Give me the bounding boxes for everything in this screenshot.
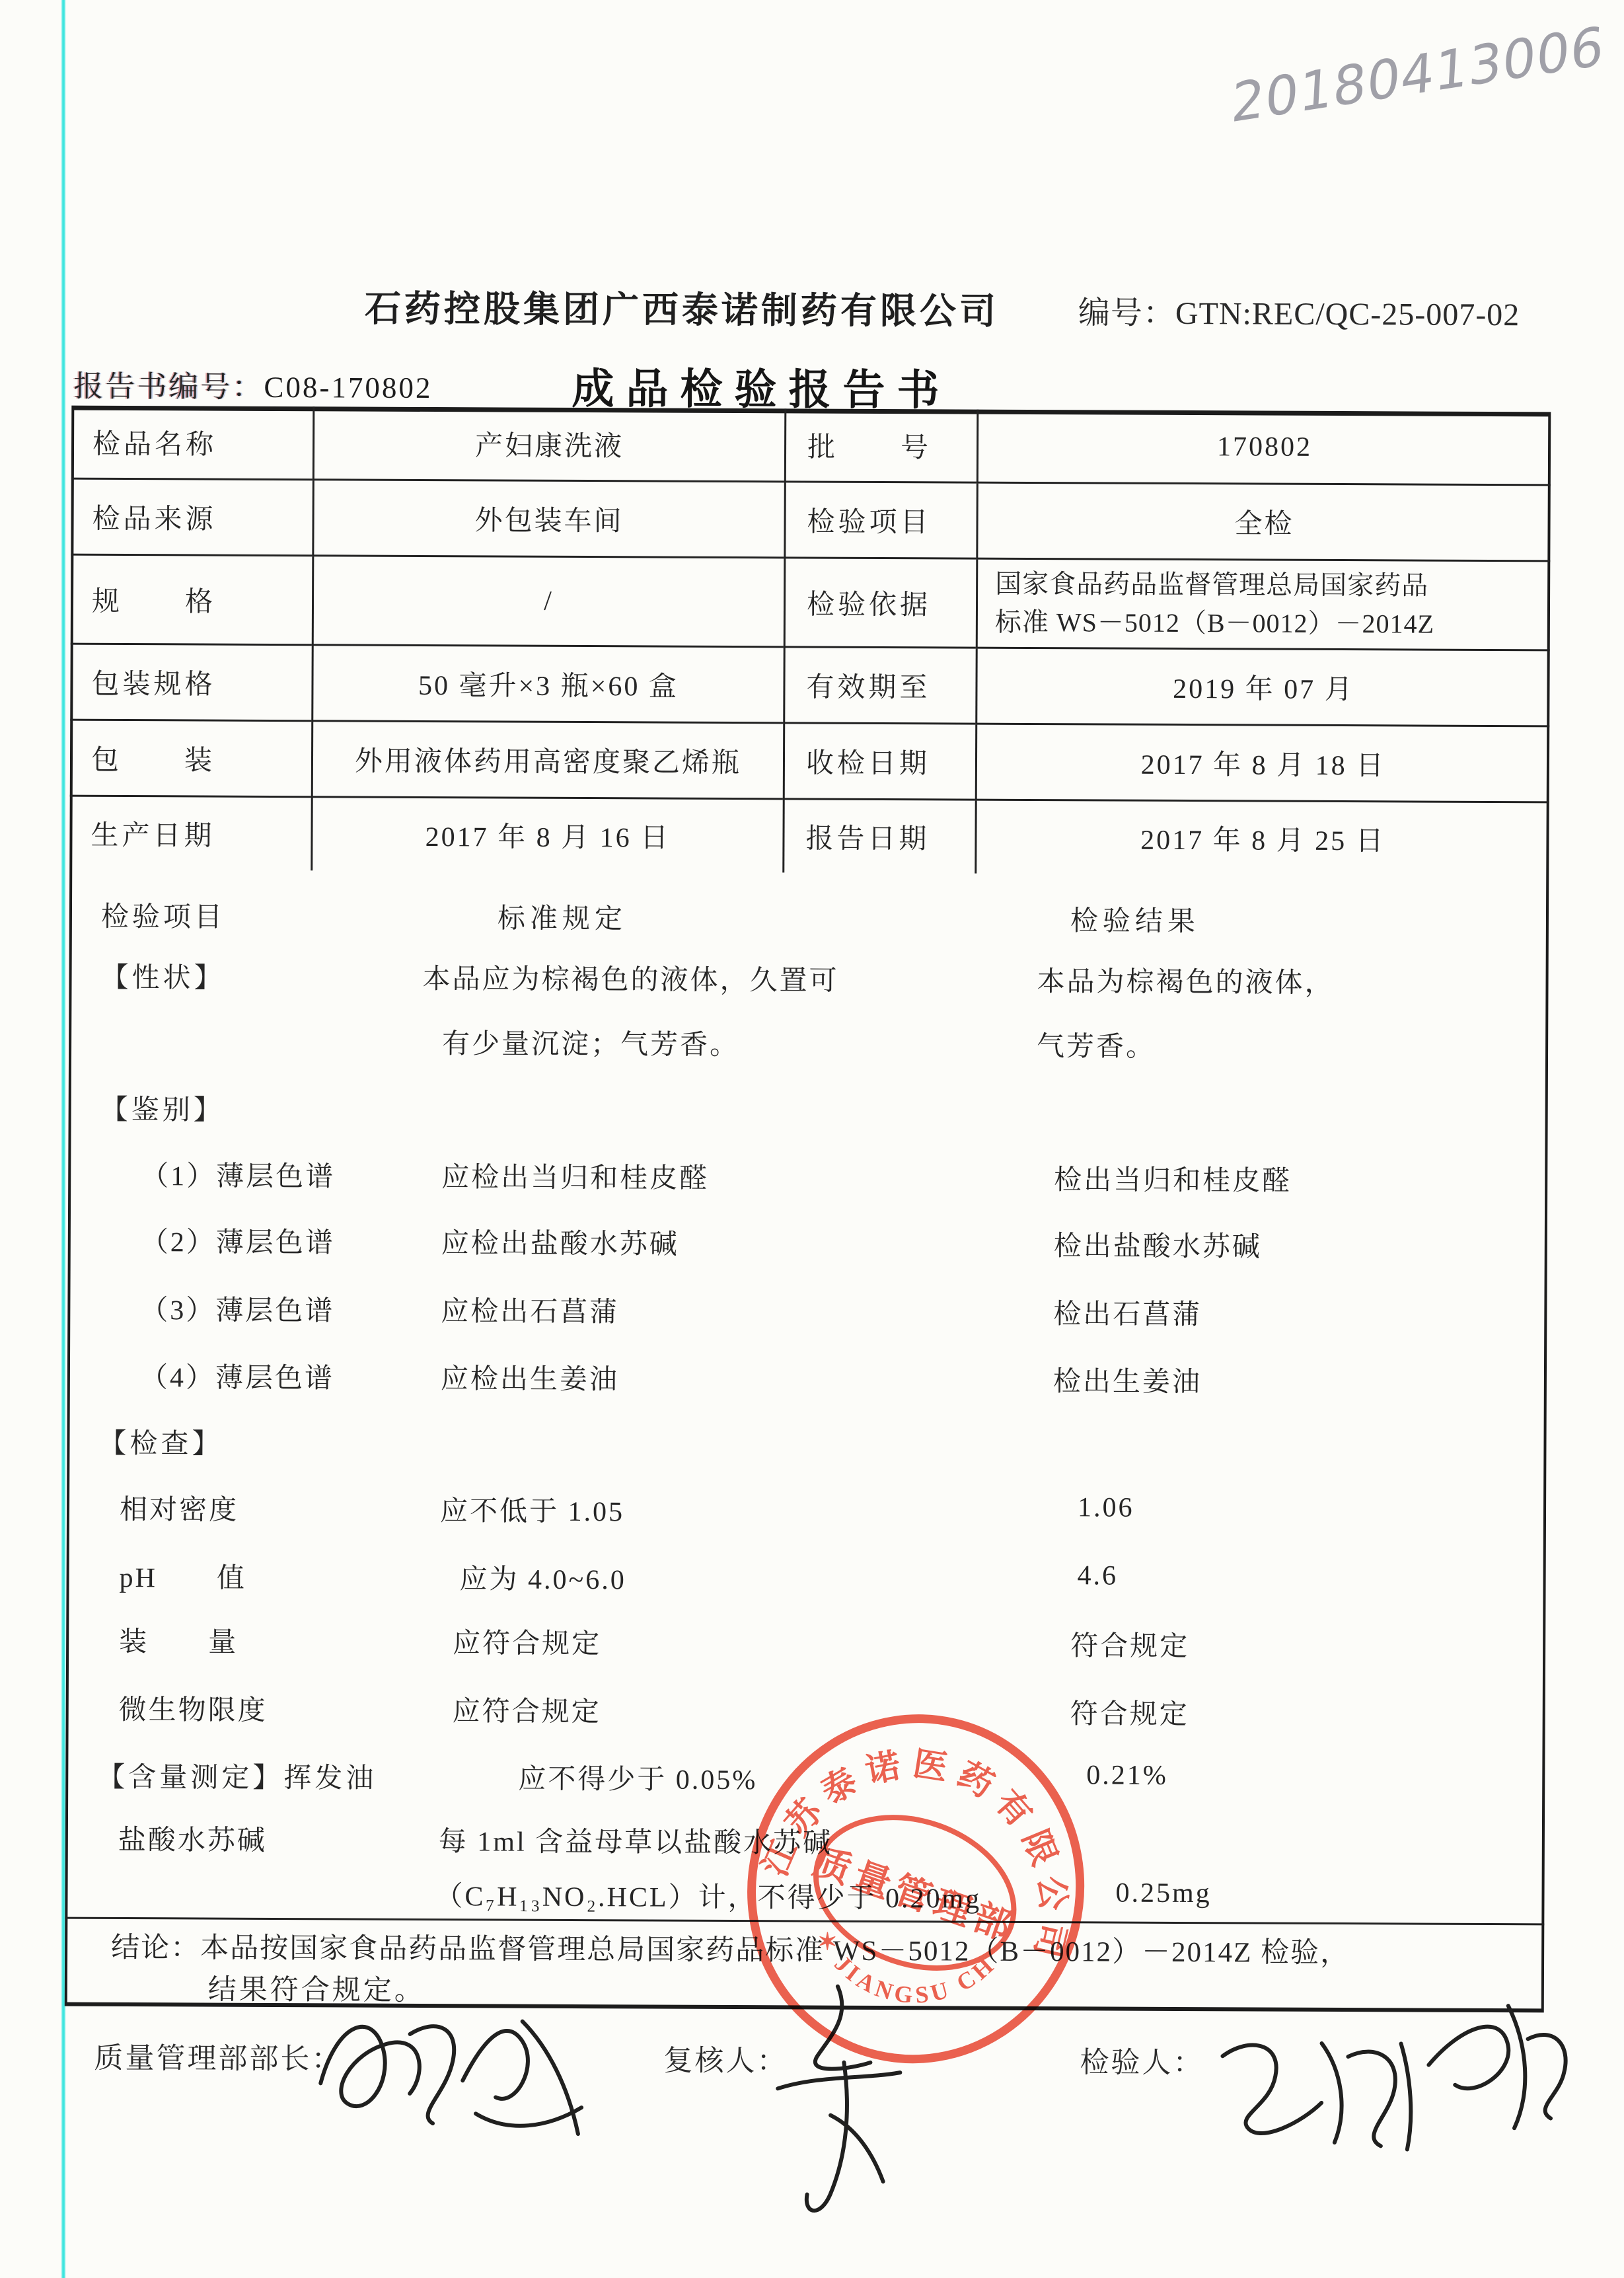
inspector-signature-2 bbox=[1409, 1985, 1584, 2148]
result-item: 微生物限度 bbox=[119, 1688, 268, 1728]
result-spec: 应检出石菖蒲 bbox=[441, 1289, 619, 1330]
result-item: pH 值 bbox=[119, 1556, 246, 1596]
result-row: （2）薄层色谱 应检出盐酸水苏碱 检出盐酸水苏碱 bbox=[68, 1220, 1547, 1268]
qa-director-label: 质量管理部部长： bbox=[94, 2034, 342, 2078]
info-value: 170802 bbox=[977, 410, 1551, 486]
result-value: 符合规定 bbox=[1070, 1692, 1189, 1732]
result-row: （1）薄层色谱 应检出当归和桂皮醛 检出当归和桂皮醛 bbox=[68, 1154, 1547, 1201]
result-value: 0.25mg bbox=[1115, 1878, 1211, 1910]
result-spec: 应不得少于 0.05% bbox=[518, 1757, 757, 1798]
result-value: 气芳香。 bbox=[1037, 1024, 1156, 1065]
result-row: 【性状】 本品应为棕褐色的液体，久置可 本品为棕褐色的液体， bbox=[69, 956, 1548, 1003]
info-label: 报告日期 bbox=[782, 800, 975, 873]
info-value: 产妇康洗液 bbox=[313, 406, 784, 482]
info-value: 2017 年 8 月 25 日 bbox=[975, 801, 1549, 876]
result-item: 【性状】 bbox=[100, 956, 225, 996]
result-row: pH 值 应为 4.0~6.0 4.6 bbox=[66, 1556, 1545, 1603]
company-name: 石药控股集团广西泰诺制药有限公司 bbox=[365, 280, 999, 334]
result-spec: 应符合规定 bbox=[453, 1621, 601, 1661]
info-label: 检验项目 bbox=[784, 482, 976, 559]
result-spec: 应不低于 1.05 bbox=[440, 1489, 624, 1529]
report-number-line: 报告书编号：C08-170802 bbox=[73, 362, 432, 406]
info-value: 外用液体药用高密度聚乙烯瓶 bbox=[311, 722, 783, 800]
info-label: 批 号 bbox=[784, 408, 977, 483]
document-number: 编号：GTN:REC/QC-25-007-02 bbox=[1078, 287, 1520, 334]
handwritten-registry-number: 20180413006 bbox=[1230, 15, 1606, 135]
result-item: 装 量 bbox=[119, 1620, 238, 1660]
result-spec: 本品应为棕褐色的液体，久置可 bbox=[422, 957, 838, 999]
results-header-row: 检验项目 标准规定 检验结果 bbox=[69, 895, 1549, 942]
result-value: 检出生姜油 bbox=[1053, 1359, 1202, 1400]
inspector-label: 检验人： bbox=[1080, 2038, 1204, 2081]
results-header-result: 检验结果 bbox=[1070, 899, 1200, 939]
result-value: 本品为棕褐色的液体， bbox=[1037, 960, 1334, 1001]
result-item: 【含量测定】挥发油 bbox=[97, 1755, 377, 1796]
info-label: 有效期至 bbox=[783, 648, 975, 724]
result-spec: 应检出生姜油 bbox=[441, 1357, 619, 1397]
result-row: 【检查】 bbox=[67, 1422, 1546, 1469]
result-item: 相对密度 bbox=[120, 1488, 239, 1528]
seal-arc-text: 江苏泰诺医药有限公司 bbox=[749, 1713, 1105, 1971]
result-item: 盐酸水苏碱 bbox=[118, 1818, 267, 1858]
result-value: 检出当归和桂皮醛 bbox=[1054, 1158, 1292, 1199]
result-spec: 应检出盐酸水苏碱 bbox=[441, 1221, 679, 1262]
result-spec: 有少量沉淀；气芳香。 bbox=[442, 1022, 739, 1063]
result-item: 【检查】 bbox=[98, 1422, 223, 1462]
info-label: 收检日期 bbox=[783, 724, 975, 800]
info-value: 2019 年 07 月 bbox=[975, 649, 1549, 728]
info-label: 包 装 bbox=[70, 721, 311, 798]
info-label: 检品名称 bbox=[71, 406, 313, 481]
inspector-signature-1 bbox=[1209, 2016, 1424, 2166]
result-value: 检出石菖蒲 bbox=[1053, 1292, 1202, 1332]
result-value: 符合规定 bbox=[1070, 1624, 1189, 1664]
result-row: 有少量沉淀；气芳香。 气芳香。 bbox=[69, 1020, 1548, 1068]
result-row: （4）薄层色谱 应检出生姜油 检出生姜油 bbox=[67, 1355, 1547, 1403]
info-value: / bbox=[312, 556, 784, 648]
result-spec: 应符合规定 bbox=[453, 1689, 601, 1729]
test-basis-line1: 国家食品药品监督管理总局国家药品 bbox=[995, 565, 1428, 605]
info-label: 包装规格 bbox=[70, 645, 311, 722]
result-row: 装 量 应符合规定 符合规定 bbox=[66, 1620, 1545, 1667]
result-item: （4）薄层色谱 bbox=[140, 1355, 334, 1396]
results-header-spec: 标准规定 bbox=[498, 896, 627, 936]
result-row: 【鉴别】 bbox=[69, 1088, 1548, 1135]
info-label: 规 格 bbox=[71, 556, 313, 646]
info-label: 检验依据 bbox=[784, 558, 977, 648]
info-label: 生产日期 bbox=[69, 797, 311, 871]
result-item: （3）薄层色谱 bbox=[140, 1288, 334, 1328]
scanned-report-page: 20180413006 石药控股集团广西泰诺制药有限公司 编号：GTN:REC/… bbox=[0, 0, 1624, 2278]
results-header-item: 检验项目 bbox=[101, 895, 225, 935]
result-value: 1.06 bbox=[1078, 1492, 1134, 1523]
result-item: （1）薄层色谱 bbox=[141, 1154, 335, 1194]
test-basis-line2: 标准 WS－5012（B－0012）－2014Z bbox=[995, 603, 1434, 644]
result-value: 4.6 bbox=[1078, 1560, 1119, 1591]
report-number-value: C08-170802 bbox=[264, 371, 432, 404]
result-item: 【鉴别】 bbox=[100, 1088, 225, 1128]
result-row: （3）薄层色谱 应检出石菖蒲 检出石菖蒲 bbox=[67, 1288, 1547, 1336]
result-item: （2）薄层色谱 bbox=[141, 1220, 335, 1260]
qa-director-signature bbox=[311, 1981, 595, 2157]
result-value: 检出盐酸水苏碱 bbox=[1054, 1224, 1262, 1264]
sample-info-table: 检品名称 产妇康洗液 批 号 170802 检品来源 外包装车间 检验项目 全检… bbox=[69, 406, 1551, 876]
info-value: 50 毫升×3 瓶×60 盒 bbox=[311, 646, 783, 724]
report-number-label: 报告书编号： bbox=[73, 370, 264, 404]
info-label: 检品来源 bbox=[71, 480, 312, 557]
info-value: 外包装车间 bbox=[312, 480, 784, 558]
result-spec: 应检出当归和桂皮醛 bbox=[441, 1155, 709, 1196]
info-value: 2017 年 8 月 16 日 bbox=[311, 798, 782, 872]
info-value-test-basis: 国家食品药品监督管理总局国家药品 标准 WS－5012（B－0012）－2014… bbox=[976, 560, 1551, 652]
info-value: 全检 bbox=[976, 484, 1550, 562]
info-value: 2017 年 8 月 18 日 bbox=[975, 725, 1549, 804]
result-row: 相对密度 应不低于 1.05 1.06 bbox=[67, 1488, 1546, 1535]
result-spec: 应为 4.0~6.0 bbox=[459, 1557, 626, 1597]
